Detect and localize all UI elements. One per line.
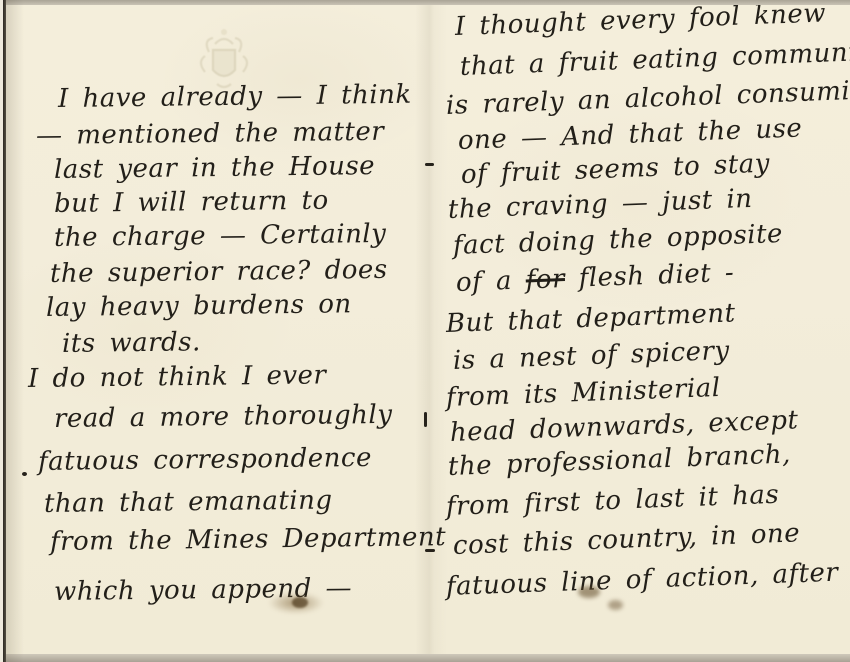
handwritten-line: last year in the House	[54, 151, 375, 185]
handwritten-line: the superior race? does	[50, 255, 388, 289]
scan-edge-left-gradient	[6, 0, 24, 662]
scan-edge-bottom	[0, 654, 850, 662]
handwritten-line: I do not think I ever	[28, 360, 327, 394]
ink-stain	[608, 600, 623, 610]
page-gutter-fold	[415, 0, 447, 662]
handwritten-line: its wards.	[62, 327, 201, 359]
line-text-before-strike: of a	[455, 265, 526, 298]
gutter-ink-mark	[425, 549, 435, 552]
handwritten-line: but I will return to	[54, 186, 329, 219]
line-text-after-strike: flesh diet -	[564, 258, 734, 294]
ink-stain	[578, 586, 600, 598]
handwritten-line: fatuous correspondence	[38, 443, 372, 477]
handwritten-line: — mentioned the matter	[36, 117, 385, 151]
gutter-ink-mark	[425, 163, 434, 166]
gutter-ink-mark	[424, 412, 427, 427]
handwritten-line: the charge — Certainly	[54, 219, 387, 253]
scan-edge-top	[0, 0, 850, 5]
handwritten-line: than that emanating	[44, 485, 333, 519]
struck-out-word: for	[525, 264, 565, 295]
ink-stain	[292, 597, 308, 608]
handwritten-line: read a more thoroughly	[54, 400, 393, 434]
handwritten-line: lay heavy burdens on	[46, 289, 352, 323]
handwritten-line: I have already — I think	[58, 80, 412, 114]
handwritten-line: from the Mines Department	[50, 522, 446, 557]
letter-scan: I have already — I think — mentioned the…	[0, 0, 850, 662]
